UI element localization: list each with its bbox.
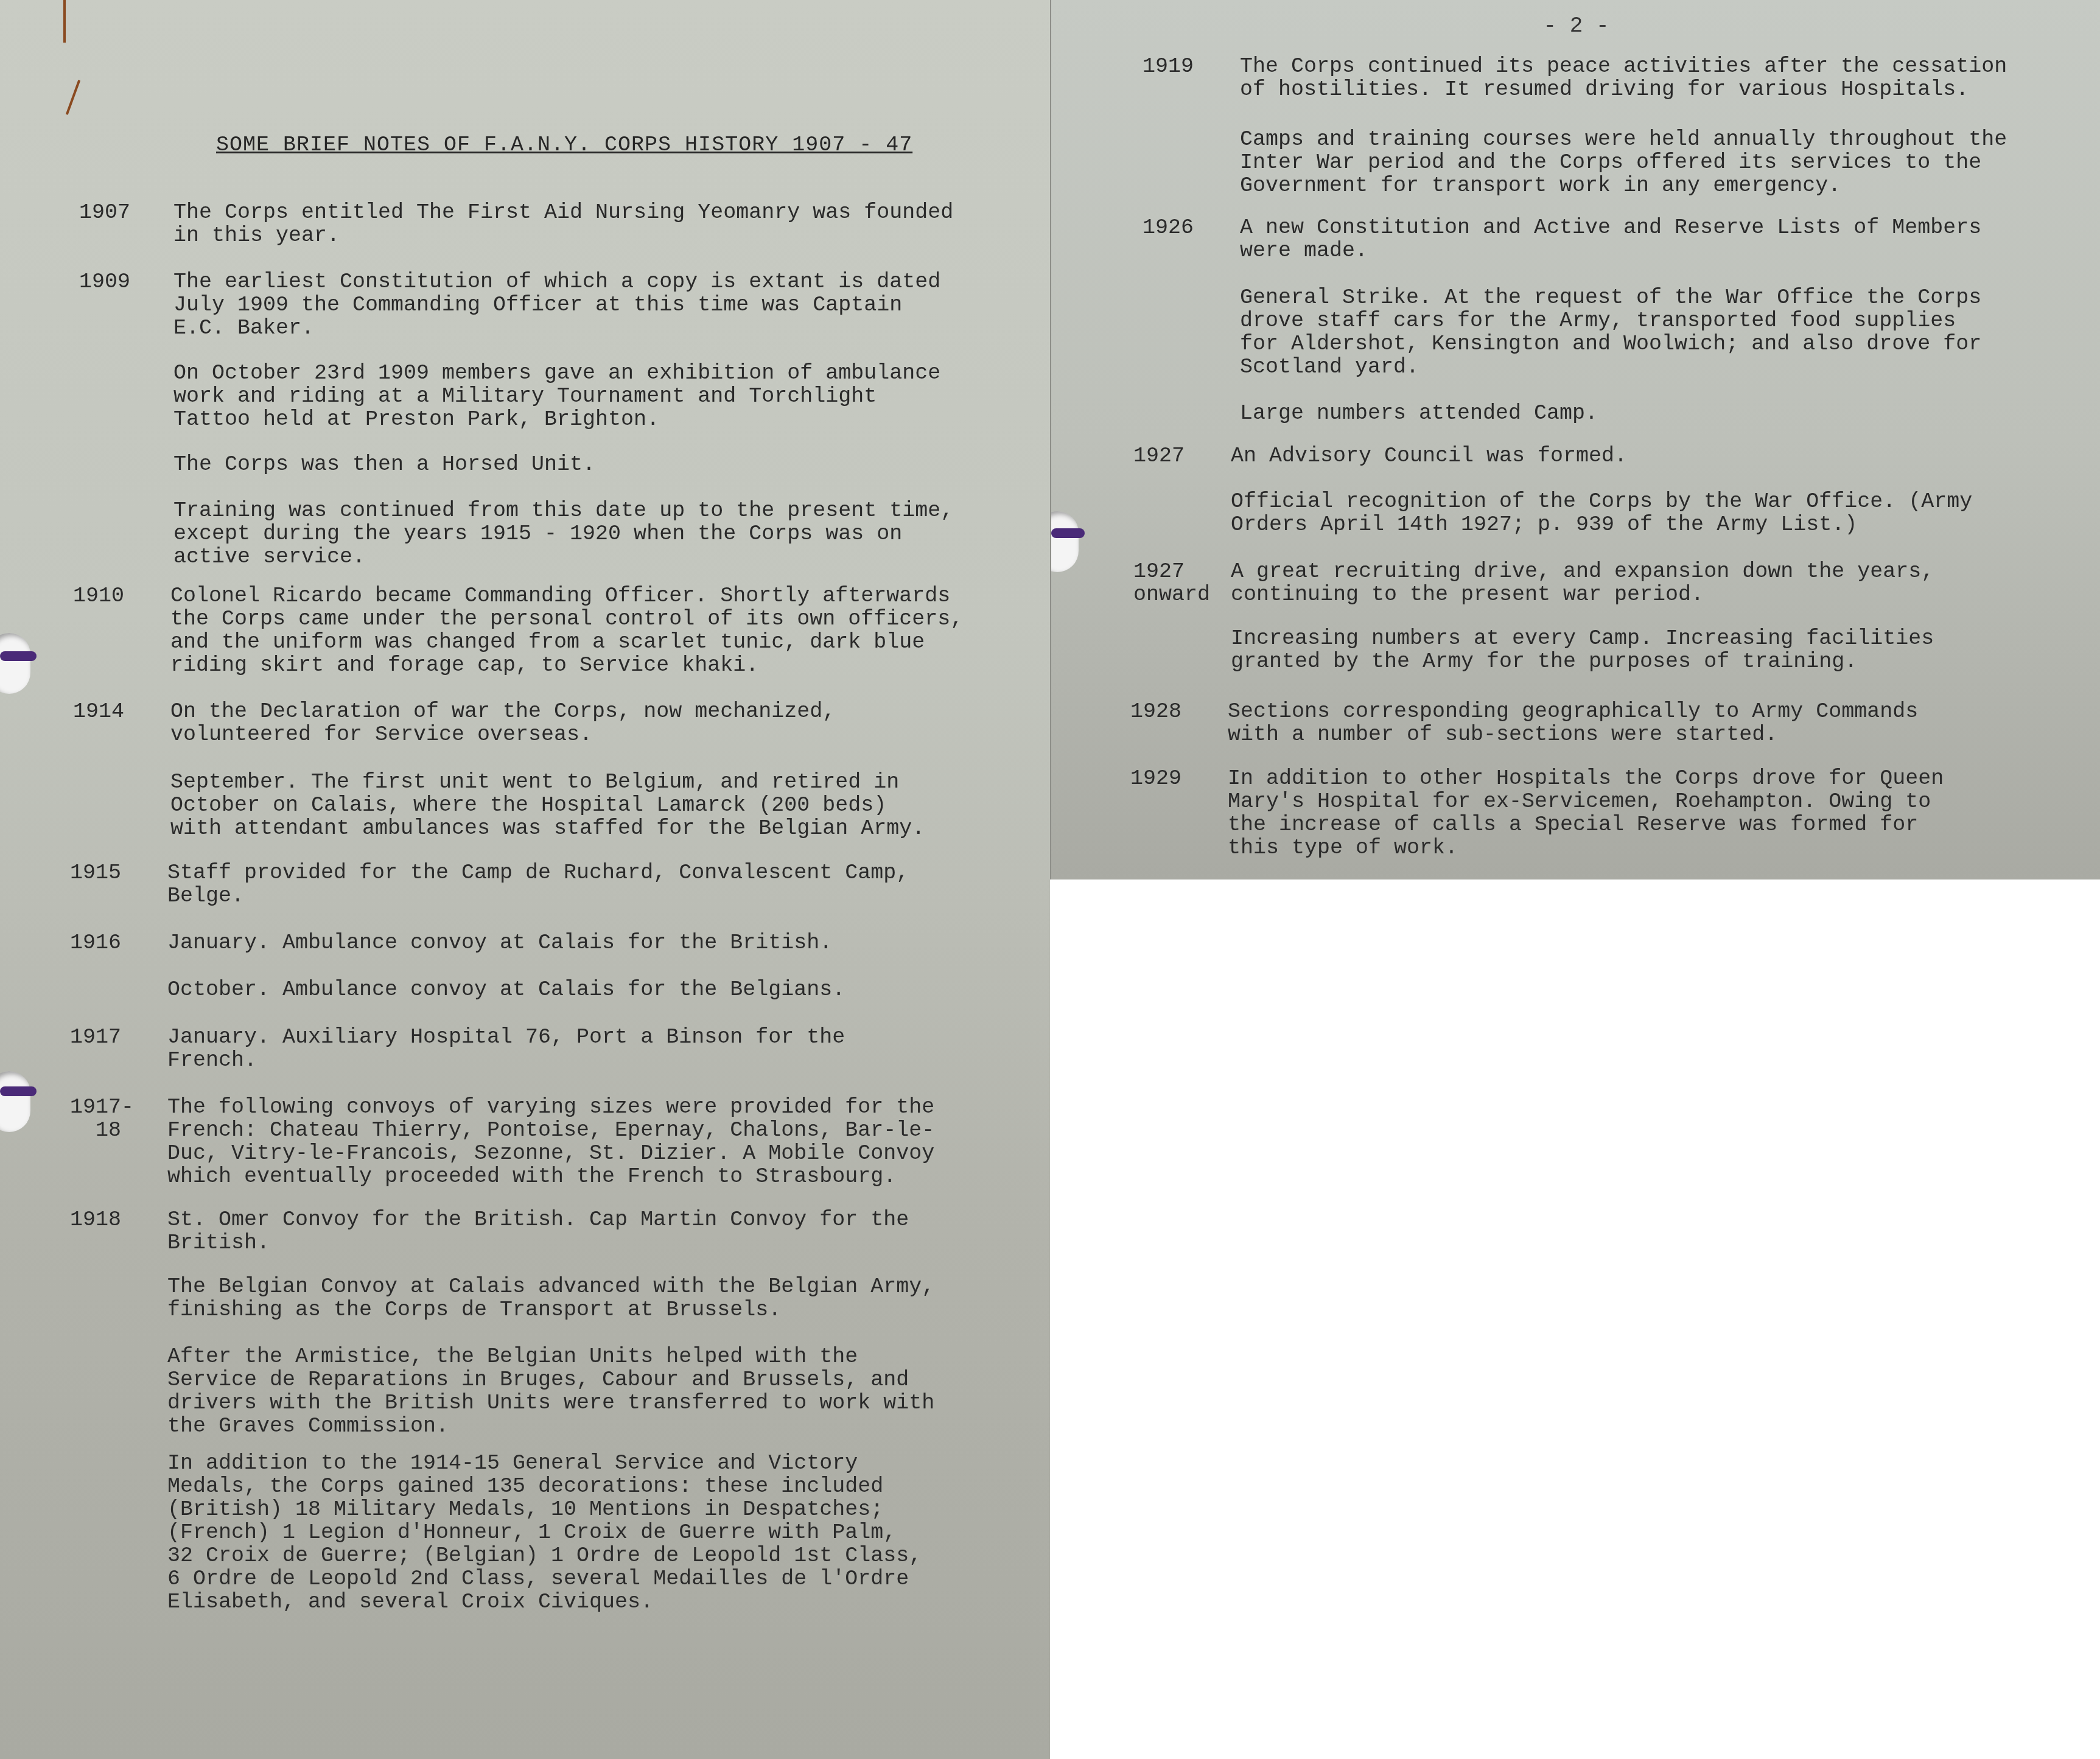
entry-paragraph: In addition to other Hospitals the Corps… [1228,767,1944,859]
entry-paragraph: An Advisory Council was formed. [1231,444,1627,467]
entry-paragraph: October. Ambulance convoy at Calais for … [167,978,845,1001]
document-page-2: - 2 - 1919The Corps continued its peace … [1050,0,2100,879]
entry-year: 1919 [1143,55,1252,78]
entry-year: 1918 [70,1208,180,1231]
stain-mark [63,0,66,43]
punch-hole [0,633,30,694]
document-page-1: SOME BRIEF NOTES OF F.A.N.Y. CORPS HISTO… [0,0,1050,1759]
entry-paragraph: September. The first unit went to Belgiu… [170,771,925,840]
entry-paragraph: On October 23rd 1909 members gave an exh… [173,362,940,431]
entry-year: 1907 [79,201,189,224]
entry-paragraph: A great recruiting drive, and expansion … [1231,560,1934,606]
entry-paragraph: The following convoys of varying sizes w… [167,1096,934,1188]
page-number: - 2 - [1051,13,2100,38]
entry-paragraph: In addition to the 1914-15 General Servi… [167,1452,922,1614]
punch-hole [1050,511,1079,572]
entry-year: 1914 [73,700,183,723]
entry-paragraph: A new Constitution and Active and Reserv… [1240,216,1981,262]
entry-paragraph: Sections corresponding geographically to… [1228,700,1918,746]
entry-paragraph: The Corps entitled The First Aid Nursing… [173,201,953,247]
entry-year: 1929 [1130,767,1240,790]
binding-string [0,651,37,661]
entry-paragraph: January. Auxiliary Hospital 76, Port a B… [167,1026,845,1072]
entry-paragraph: Staff provided for the Camp de Ruchard, … [167,861,909,907]
entry-paragraph: St. Omer Convoy for the British. Cap Mar… [167,1208,909,1254]
entry-paragraph: On the Declaration of war the Corps, now… [170,700,835,746]
binding-string [0,1086,37,1096]
stain-mark [66,80,80,115]
entry-paragraph: Colonel Ricardo became Commanding Office… [170,584,963,677]
entry-year: 1927 [1133,444,1243,467]
entry-paragraph: The earliest Constitution of which a cop… [173,270,940,340]
entry-year: 1910 [73,584,183,607]
entry-paragraph: The Belgian Convoy at Calais advanced wi… [167,1275,934,1321]
document-title: SOME BRIEF NOTES OF F.A.N.Y. CORPS HISTO… [216,133,912,157]
entry-paragraph: General Strike. At the request of the Wa… [1240,286,1981,379]
punch-hole [0,1071,30,1132]
entry-paragraph: After the Armistice, the Belgian Units h… [167,1345,934,1438]
entry-year: 1928 [1130,700,1240,723]
entry-year: 1926 [1143,216,1252,239]
entry-paragraph: Official recognition of the Corps by the… [1231,490,1972,536]
entry-year: 1916 [70,931,180,954]
entry-paragraph: Large numbers attended Camp. [1240,402,1598,425]
entry-paragraph: Increasing numbers at every Camp. Increa… [1231,627,1934,673]
entry-paragraph: The Corps continued its peace activities… [1240,55,2007,101]
entry-year: 1915 [70,861,180,884]
entry-year: 1927 onward [1133,560,1243,606]
binding-string [1051,528,1085,538]
entry-paragraph: Training was continued from this date up… [173,499,953,568]
entry-paragraph: January. Ambulance convoy at Calais for … [167,931,832,954]
entry-paragraph: The Corps was then a Horsed Unit. [173,453,595,476]
entry-year: 1917 [70,1026,180,1049]
entry-year: 1917- 18 [70,1096,180,1142]
entry-paragraph: Camps and training courses were held ann… [1240,128,2007,197]
entry-year: 1909 [79,270,189,293]
